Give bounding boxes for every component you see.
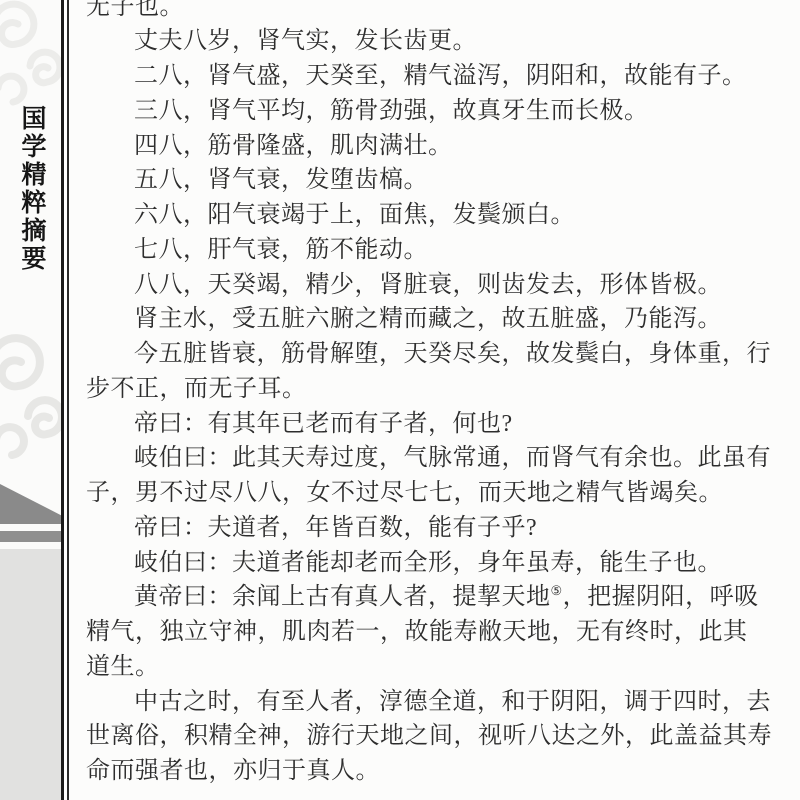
text-line: 肾主水，受五脏六腑之精而藏之，故五脏盛，乃能泻。	[86, 302, 792, 337]
text-line: 无子也。	[86, 0, 792, 24]
text-line: 八八，天癸竭，精少，肾脏衰，则齿发去，形体皆极。	[86, 268, 792, 303]
text-line: 今五脏皆衰，筋骨解堕，天癸尽矣，故发鬓白，身体重，行	[86, 337, 792, 372]
text-line: 岐伯曰：此其天寿过度，气脉常通，而肾气有余也。此虽有	[86, 441, 792, 476]
text-line: 步不正，而无子耳。	[86, 372, 792, 407]
text-line: 二八，肾气盛，天癸至，精气溢泻，阴阳和，故能有子。	[86, 59, 792, 94]
series-title-vertical: 国学精粹摘要	[13, 101, 49, 277]
body-text: 无子也。丈夫八岁，肾气实，发长齿更。二八，肾气盛，天癸至，精气溢泻，阴阳和，故能…	[86, 0, 792, 789]
text-line: 帝曰：夫道者，年皆百数，能有子乎?	[86, 511, 792, 546]
text-line: 世离俗，积精全神，游行天地之间，视听八达之外，此盖益其寿	[86, 719, 792, 754]
left-margin-strip: 国学精粹摘要	[0, 0, 61, 800]
cloud-ornament-middle-icon	[0, 320, 61, 490]
text-line: 丈夫八岁，肾气实，发长齿更。	[86, 24, 792, 59]
text-line: 五八，肾气衰，发堕齿槁。	[86, 163, 792, 198]
book-page: 国学精粹摘要 无子也。丈夫八岁，肾气实，发长齿更。二八，肾气盛，天癸至，精气溢泻…	[0, 0, 800, 800]
text-line: 命而强者也，亦归于真人。	[86, 754, 792, 789]
text-line: 四八，筋骨隆盛，肌肉满壮。	[86, 129, 792, 164]
gray-wedge-ornament	[0, 484, 61, 524]
text-line: 六八，阳气衰竭于上，面焦，发鬓颁白。	[86, 198, 792, 233]
text-line: 帝曰：有其年已老而有子者，何也?	[86, 407, 792, 442]
gray-footer-block	[0, 549, 61, 800]
double-vertical-rule	[61, 0, 69, 800]
text-line: 黄帝曰：余闻上古有真人者，提挈天地⑤，把握阴阳，呼吸	[86, 580, 792, 615]
text-line: 精气，独立守神，肌肉若一，故能寿敝天地，无有终时，此其	[86, 615, 792, 650]
text-line: 岐伯曰：夫道者能却老而全形，身年虽寿，能生子也。	[86, 546, 792, 581]
text-line: 道生。	[86, 650, 792, 685]
text-line: 七八，肝气衰，筋不能动。	[86, 233, 792, 268]
footnote-marker: ⑤	[551, 583, 563, 598]
gray-stripe-ornament	[0, 531, 61, 542]
text-line: 中古之时，有至人者，淳德全道，和于阴阳，调于四时，去	[86, 685, 792, 720]
text-line: 子，男不过尽八八，女不过尽七七，而天地之精气皆竭矣。	[86, 476, 792, 511]
text-line: 三八，肾气平均，筋骨劲强，故真牙生而长极。	[86, 94, 792, 129]
